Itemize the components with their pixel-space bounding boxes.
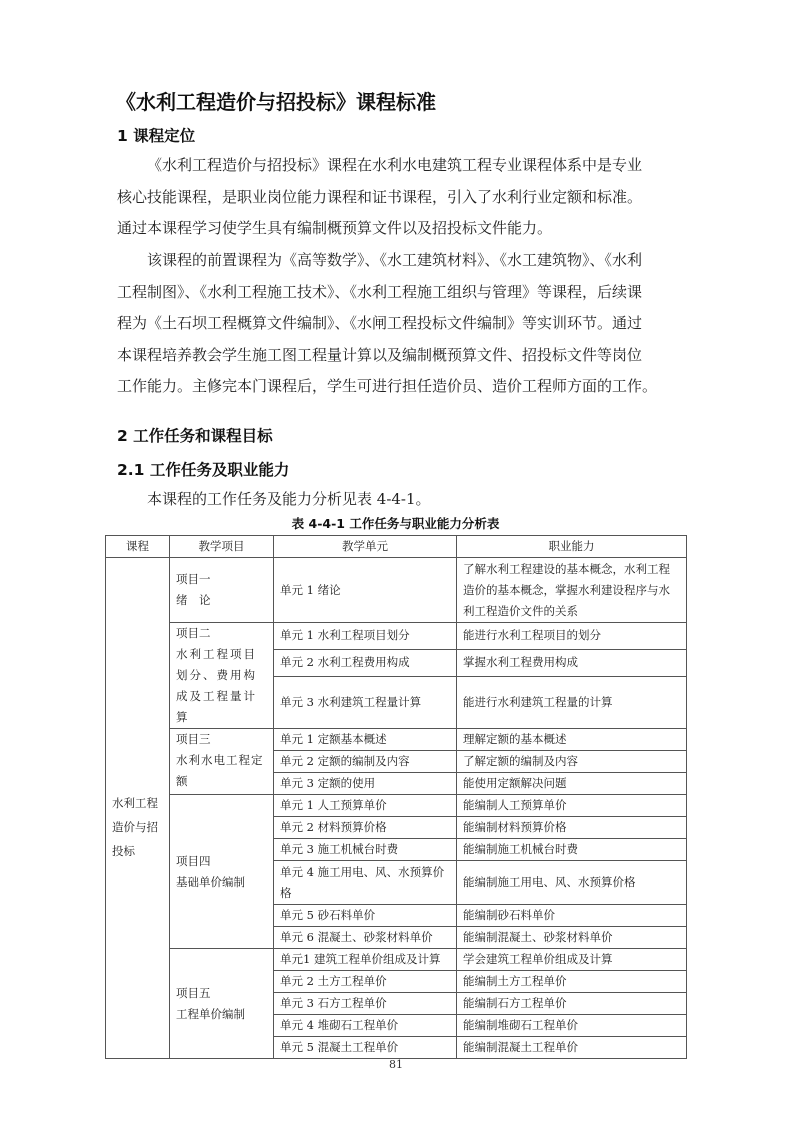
paragraph-line: 程为《土石坝工程概算文件编制》、《水闸工程投标文件编制》等实训环节。通过 (117, 308, 687, 340)
project-cell: 项目一 绪 论 (170, 558, 274, 623)
unit-cell: 单元1 建筑工程单价组成及计算 (274, 949, 457, 971)
unit-cell: 单元 4 堆砌石工程单价 (274, 1015, 457, 1037)
ability-cell: 能进行水利工程项目的划分 (457, 623, 687, 650)
project-cell: 项目二 水利工程项目划分、费用构成及工程量计算 (170, 623, 274, 729)
unit-cell: 单元 5 砂石料单价 (274, 905, 457, 927)
project-name: 基础单价编制 (176, 872, 267, 893)
paragraph-line: 通过本课程学习使学生具有编制概预算文件以及招投标文件能力。 (117, 213, 687, 245)
course-name-line: 造价与招 (112, 815, 163, 839)
page-number: 81 (0, 1058, 792, 1071)
paragraph-line: 该课程的前置课程为《高等数学》、《水工建筑材料》、《水工建筑物》、《水利 (117, 245, 687, 277)
paragraph-line: 本课程的工作任务及能力分析见表 4-4-1。 (117, 484, 687, 516)
ability-cell: 能编制施工机械台时费 (457, 839, 687, 861)
table-row: 项目四 基础单价编制 单元 1 人工预算单价 能编制人工预算单价 (106, 795, 687, 817)
document-page: 《水利工程造价与招投标》课程标准 1 课程定位 《水利工程造价与招投标》课程在水… (0, 0, 792, 1122)
table-header-row: 课程 教学项目 教学单元 职业能力 (106, 536, 687, 558)
column-header-ability: 职业能力 (457, 536, 687, 558)
unit-cell: 单元 1 定额基本概述 (274, 729, 457, 751)
unit-cell: 单元 3 施工机械台时费 (274, 839, 457, 861)
unit-cell: 单元 1 人工预算单价 (274, 795, 457, 817)
project-cell: 项目四 基础单价编制 (170, 795, 274, 949)
course-name-line: 水利工程 (112, 791, 163, 815)
unit-cell: 单元 2 土方工程单价 (274, 971, 457, 993)
project-cell: 项目三 水利水电工程定额 (170, 729, 274, 795)
ability-cell: 能编制砂石料单价 (457, 905, 687, 927)
task-ability-table: 课程 教学项目 教学单元 职业能力 水利工程 造价与招 投标 项目一 绪 论 (105, 535, 687, 1059)
project-name: 工程单价编制 (176, 1004, 267, 1025)
ability-cell: 理解定额的基本概述 (457, 729, 687, 751)
paragraph-course-positioning-2: 该课程的前置课程为《高等数学》、《水工建筑材料》、《水工建筑物》、《水利 工程制… (117, 245, 687, 403)
ability-cell: 能进行水利建筑工程量的计算 (457, 676, 687, 728)
unit-cell: 单元 4 施工用电、风、水预算价格 (274, 861, 457, 905)
ability-cell: 能编制土方工程单价 (457, 971, 687, 993)
paragraph-course-positioning-1: 《水利工程造价与招投标》课程在水利水电建筑工程专业课程体系中是专业 核心技能课程… (117, 150, 687, 245)
paragraph-line: 核心技能课程，是职业岗位能力课程和证书课程，引入了水利行业定额和标准。 (117, 182, 687, 214)
unit-cell: 单元 2 定额的编制及内容 (274, 751, 457, 773)
ability-cell: 能编制施工用电、风、水预算价格 (457, 861, 687, 905)
project-label: 项目一 (176, 569, 267, 590)
table-row: 水利工程 造价与招 投标 项目一 绪 论 单元 1 绪论 了解水利工程建设的基本… (106, 558, 687, 623)
paragraph-line: 本课程培养教会学生施工图工程量计算以及编制概预算文件、招投标文件等岗位 (117, 340, 687, 372)
paragraph-table-reference: 本课程的工作任务及能力分析见表 4-4-1。 (117, 484, 687, 516)
ability-cell: 能编制石方工程单价 (457, 993, 687, 1015)
ability-cell: 了解水利工程建设的基本概念，水利工程造价的基本概念，掌握水利建设程序与水利工程造… (457, 558, 687, 623)
ability-cell: 学会建筑工程单价组成及计算 (457, 949, 687, 971)
project-name: 水利工程项目划分、费用构成及工程量计算 (176, 644, 267, 728)
ability-cell: 了解定额的编制及内容 (457, 751, 687, 773)
course-name-line: 投标 (112, 839, 163, 863)
section-heading-course-positioning: 1 课程定位 (117, 124, 195, 146)
table-row: 项目五 工程单价编制 单元1 建筑工程单价组成及计算 学会建筑工程单价组成及计算 (106, 949, 687, 971)
table-row: 项目三 水利水电工程定额 单元 1 定额基本概述 理解定额的基本概述 (106, 729, 687, 751)
project-label: 项目五 (176, 983, 267, 1004)
unit-cell: 单元 1 水利工程项目划分 (274, 623, 457, 650)
ability-cell: 能使用定额解决问题 (457, 773, 687, 795)
column-header-project: 教学项目 (170, 536, 274, 558)
subsection-heading-tasks-abilities: 2.1 工作任务及职业能力 (117, 458, 289, 480)
project-cell: 项目五 工程单价编制 (170, 949, 274, 1059)
unit-cell: 单元 5 混凝土工程单价 (274, 1037, 457, 1059)
project-label: 项目三 (176, 729, 267, 750)
unit-cell: 单元 3 定额的使用 (274, 773, 457, 795)
ability-cell: 能编制人工预算单价 (457, 795, 687, 817)
table-caption: 表 4-4-1 工作任务与职业能力分析表 (105, 514, 686, 532)
unit-cell: 单元 2 材料预算价格 (274, 817, 457, 839)
project-name: 绪 论 (176, 590, 267, 611)
unit-cell: 单元 3 石方工程单价 (274, 993, 457, 1015)
project-label: 项目二 (176, 623, 267, 644)
unit-cell: 单元 6 混凝土、砂浆材料单价 (274, 927, 457, 949)
ability-cell: 掌握水利工程费用构成 (457, 649, 687, 676)
table-row: 项目二 水利工程项目划分、费用构成及工程量计算 单元 1 水利工程项目划分 能进… (106, 623, 687, 650)
column-header-unit: 教学单元 (274, 536, 457, 558)
unit-cell: 单元 3 水利建筑工程量计算 (274, 676, 457, 728)
section-heading-work-tasks: 2 工作任务和课程目标 (117, 424, 273, 446)
course-cell: 水利工程 造价与招 投标 (106, 558, 170, 1059)
unit-cell: 单元 2 水利工程费用构成 (274, 649, 457, 676)
paragraph-line: 工作能力。主修完本门课程后，学生可进行担任造价员、造价工程师方面的工作。 (117, 371, 687, 403)
ability-cell: 能编制堆砌石工程单价 (457, 1015, 687, 1037)
paragraph-line: 《水利工程造价与招投标》课程在水利水电建筑工程专业课程体系中是专业 (117, 150, 687, 182)
project-name: 水利水电工程定额 (176, 750, 267, 792)
unit-cell: 单元 1 绪论 (274, 558, 457, 623)
ability-cell: 能编制材料预算价格 (457, 817, 687, 839)
paragraph-line: 工程制图》、《水利工程施工技术》、《水利工程施工组织与管理》等课程，后续课 (117, 277, 687, 309)
document-title: 《水利工程造价与招投标》课程标准 (116, 86, 436, 115)
ability-cell: 能编制混凝土工程单价 (457, 1037, 687, 1059)
column-header-course: 课程 (106, 536, 170, 558)
project-label: 项目四 (176, 851, 267, 872)
ability-cell: 能编制混凝土、砂浆材料单价 (457, 927, 687, 949)
